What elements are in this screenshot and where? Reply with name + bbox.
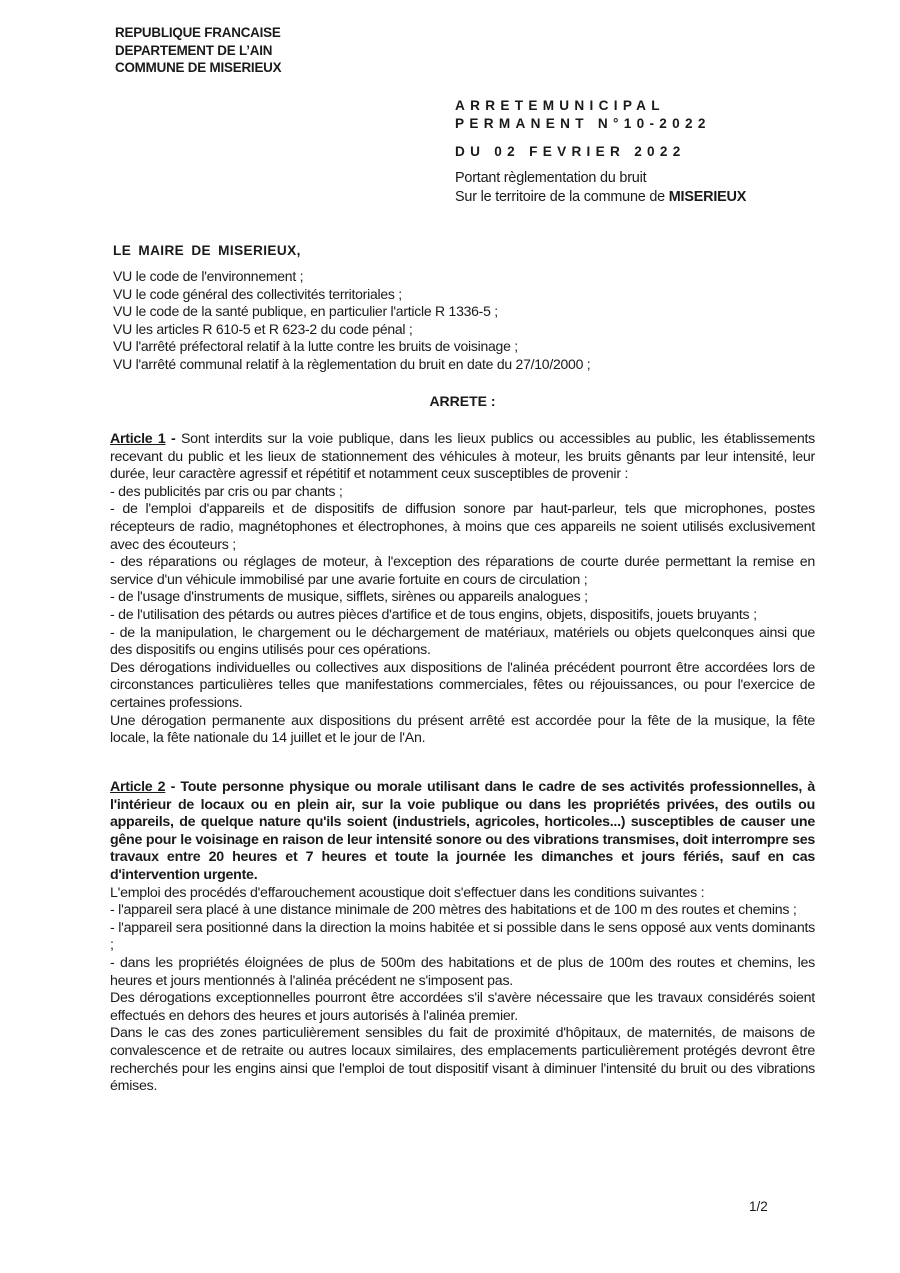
article-1-item: - de la manipulation, le chargement ou l… <box>110 625 815 660</box>
arrete-heading: ARRETE : <box>0 393 900 409</box>
legal-basis-list: VU le code de l'environnement ; VU le co… <box>113 268 590 374</box>
page-number: 1/2 <box>749 1199 768 1214</box>
article-2: Article 2 - Toute personne physique ou m… <box>110 779 815 1096</box>
legal-basis-item: VU les articles R 610-5 et R 623-2 du co… <box>113 321 590 339</box>
article-1: Article 1 - Sont interdits sur la voie p… <box>110 431 815 748</box>
legal-basis-item: VU l'arrêté préfectoral relatif à la lut… <box>113 338 590 356</box>
legal-basis-item: VU le code général des collectivités ter… <box>113 286 590 304</box>
article-1-item: - de l'emploi d'appareils et de disposit… <box>110 501 815 554</box>
header-line-republique: REPUBLIQUE FRANCAISE <box>115 24 281 42</box>
maire-heading: LE MAIRE DE MISERIEUX, <box>113 243 301 258</box>
article-1-item: - de l'utilisation des pétards ou autres… <box>110 607 815 625</box>
article-separator: - <box>165 779 180 795</box>
article-2-item: - dans les propriétés éloignées de plus … <box>110 955 815 990</box>
decree-date: DU 02 FEVRIER 2022 <box>455 143 746 161</box>
article-1-intro: Article 1 - Sont interdits sur la voie p… <box>110 431 815 484</box>
decree-title-line1: ARRETEMUNICIPAL <box>455 97 746 115</box>
decree-title-block: ARRETEMUNICIPAL PERMANENT N°10-2022 DU 0… <box>455 97 746 207</box>
legal-basis-item: VU le code de la santé publique, en part… <box>113 303 590 321</box>
decree-subject-line2: Sur le territoire de la commune de MISER… <box>455 188 746 207</box>
issuing-authority-header: REPUBLIQUE FRANCAISE DEPARTEMENT DE L’AI… <box>115 24 281 77</box>
article-2-intro: Article 2 - Toute personne physique ou m… <box>110 779 815 885</box>
legal-basis-item: VU le code de l'environnement ; <box>113 268 590 286</box>
commune-name: MISERIEUX <box>669 189 746 205</box>
header-line-departement: DEPARTEMENT DE L’AIN <box>115 42 281 60</box>
decree-subject-prefix: Sur le territoire de la commune de <box>455 189 669 205</box>
article-2-paragraph: Dans le cas des zones particulièrement s… <box>110 1025 815 1095</box>
article-2-paragraph: Des dérogations exceptionnelles pourront… <box>110 990 815 1025</box>
legal-basis-item: VU l'arrêté communal relatif à la règlem… <box>113 356 590 374</box>
decree-subject-line1: Portant règlementation du bruit <box>455 169 746 188</box>
article-1-paragraph: Une dérogation permanente aux dispositio… <box>110 713 815 748</box>
article-2-intro-text: Toute personne physique ou morale utilis… <box>110 779 815 883</box>
article-1-label: Article 1 <box>110 431 166 447</box>
article-1-paragraph: Des dérogations individuelles ou collect… <box>110 660 815 713</box>
header-line-commune: COMMUNE DE MISERIEUX <box>115 59 281 77</box>
decree-subject: Portant règlementation du bruit Sur le t… <box>455 169 746 207</box>
article-2-conditions-intro: L'emploi des procédés d'effarouchement a… <box>110 885 815 903</box>
article-2-label: Article 2 <box>110 779 165 795</box>
article-2-item: - l'appareil sera positionné dans la dir… <box>110 920 815 955</box>
article-1-item: - des réparations ou réglages de moteur,… <box>110 554 815 589</box>
article-2-item: - l'appareil sera placé à une distance m… <box>110 902 815 920</box>
article-1-item: - de l'usage d'instruments de musique, s… <box>110 589 815 607</box>
article-1-item: - des publicités par cris ou par chants … <box>110 484 815 502</box>
article-1-intro-text: Sont interdits sur la voie publique, dan… <box>110 431 815 482</box>
decree-title-line2: PERMANENT N°10-2022 <box>455 115 746 133</box>
article-separator: - <box>166 431 181 447</box>
